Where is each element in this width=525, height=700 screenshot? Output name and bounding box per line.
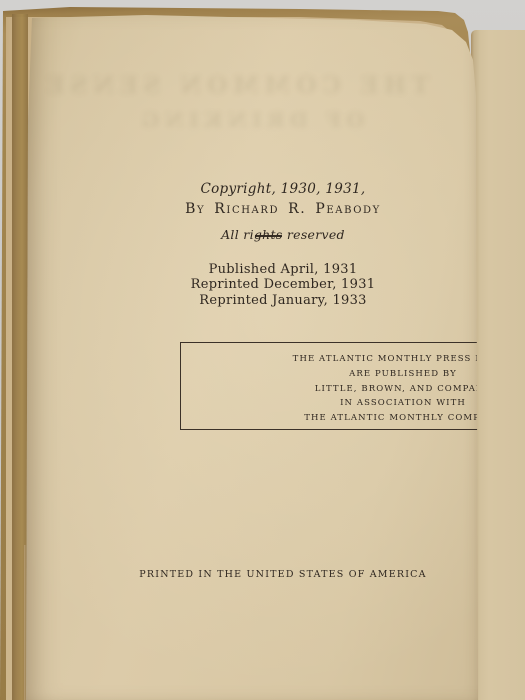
printed-in-line: PRINTED IN THE UNITED STATES OF AMERICA xyxy=(60,569,506,580)
author-line: By Richard R. Peabody xyxy=(60,201,506,217)
publisher-notice-line: ARE PUBLISHED BY xyxy=(181,367,525,382)
publication-history: Published April, 1931 Reprinted December… xyxy=(60,262,506,308)
publisher-notice-box: THE ATLANTIC MONTHLY PRESS BOOKS ARE PUB… xyxy=(180,342,525,430)
page-content: Copyright, 1930, 1931, By Richard R. Pea… xyxy=(60,0,506,700)
rights-reserved-line: All rights reserved xyxy=(60,227,506,242)
publication-history-line: Reprinted December, 1931 xyxy=(60,277,506,292)
publisher-notice-line: THE ATLANTIC MONTHLY COMPANY xyxy=(181,411,525,426)
copyright-line: Copyright, 1930, 1931, xyxy=(60,181,506,197)
copyright-page: THE COMMON SENSE OF DRINKING Copyright, … xyxy=(26,0,478,700)
underlying-page-edge xyxy=(471,30,525,700)
photo-backdrop: THE COMMON SENSE OF DRINKING Copyright, … xyxy=(0,0,525,700)
publisher-notice-line: LITTLE, BROWN, AND COMPANY xyxy=(181,382,525,397)
publication-history-line: Published April, 1931 xyxy=(60,262,506,277)
publication-history-line: Reprinted January, 1933 xyxy=(60,293,506,308)
publisher-notice-line: THE ATLANTIC MONTHLY PRESS BOOKS xyxy=(181,352,525,367)
publisher-notice-line: IN ASSOCIATION WITH xyxy=(181,396,525,411)
